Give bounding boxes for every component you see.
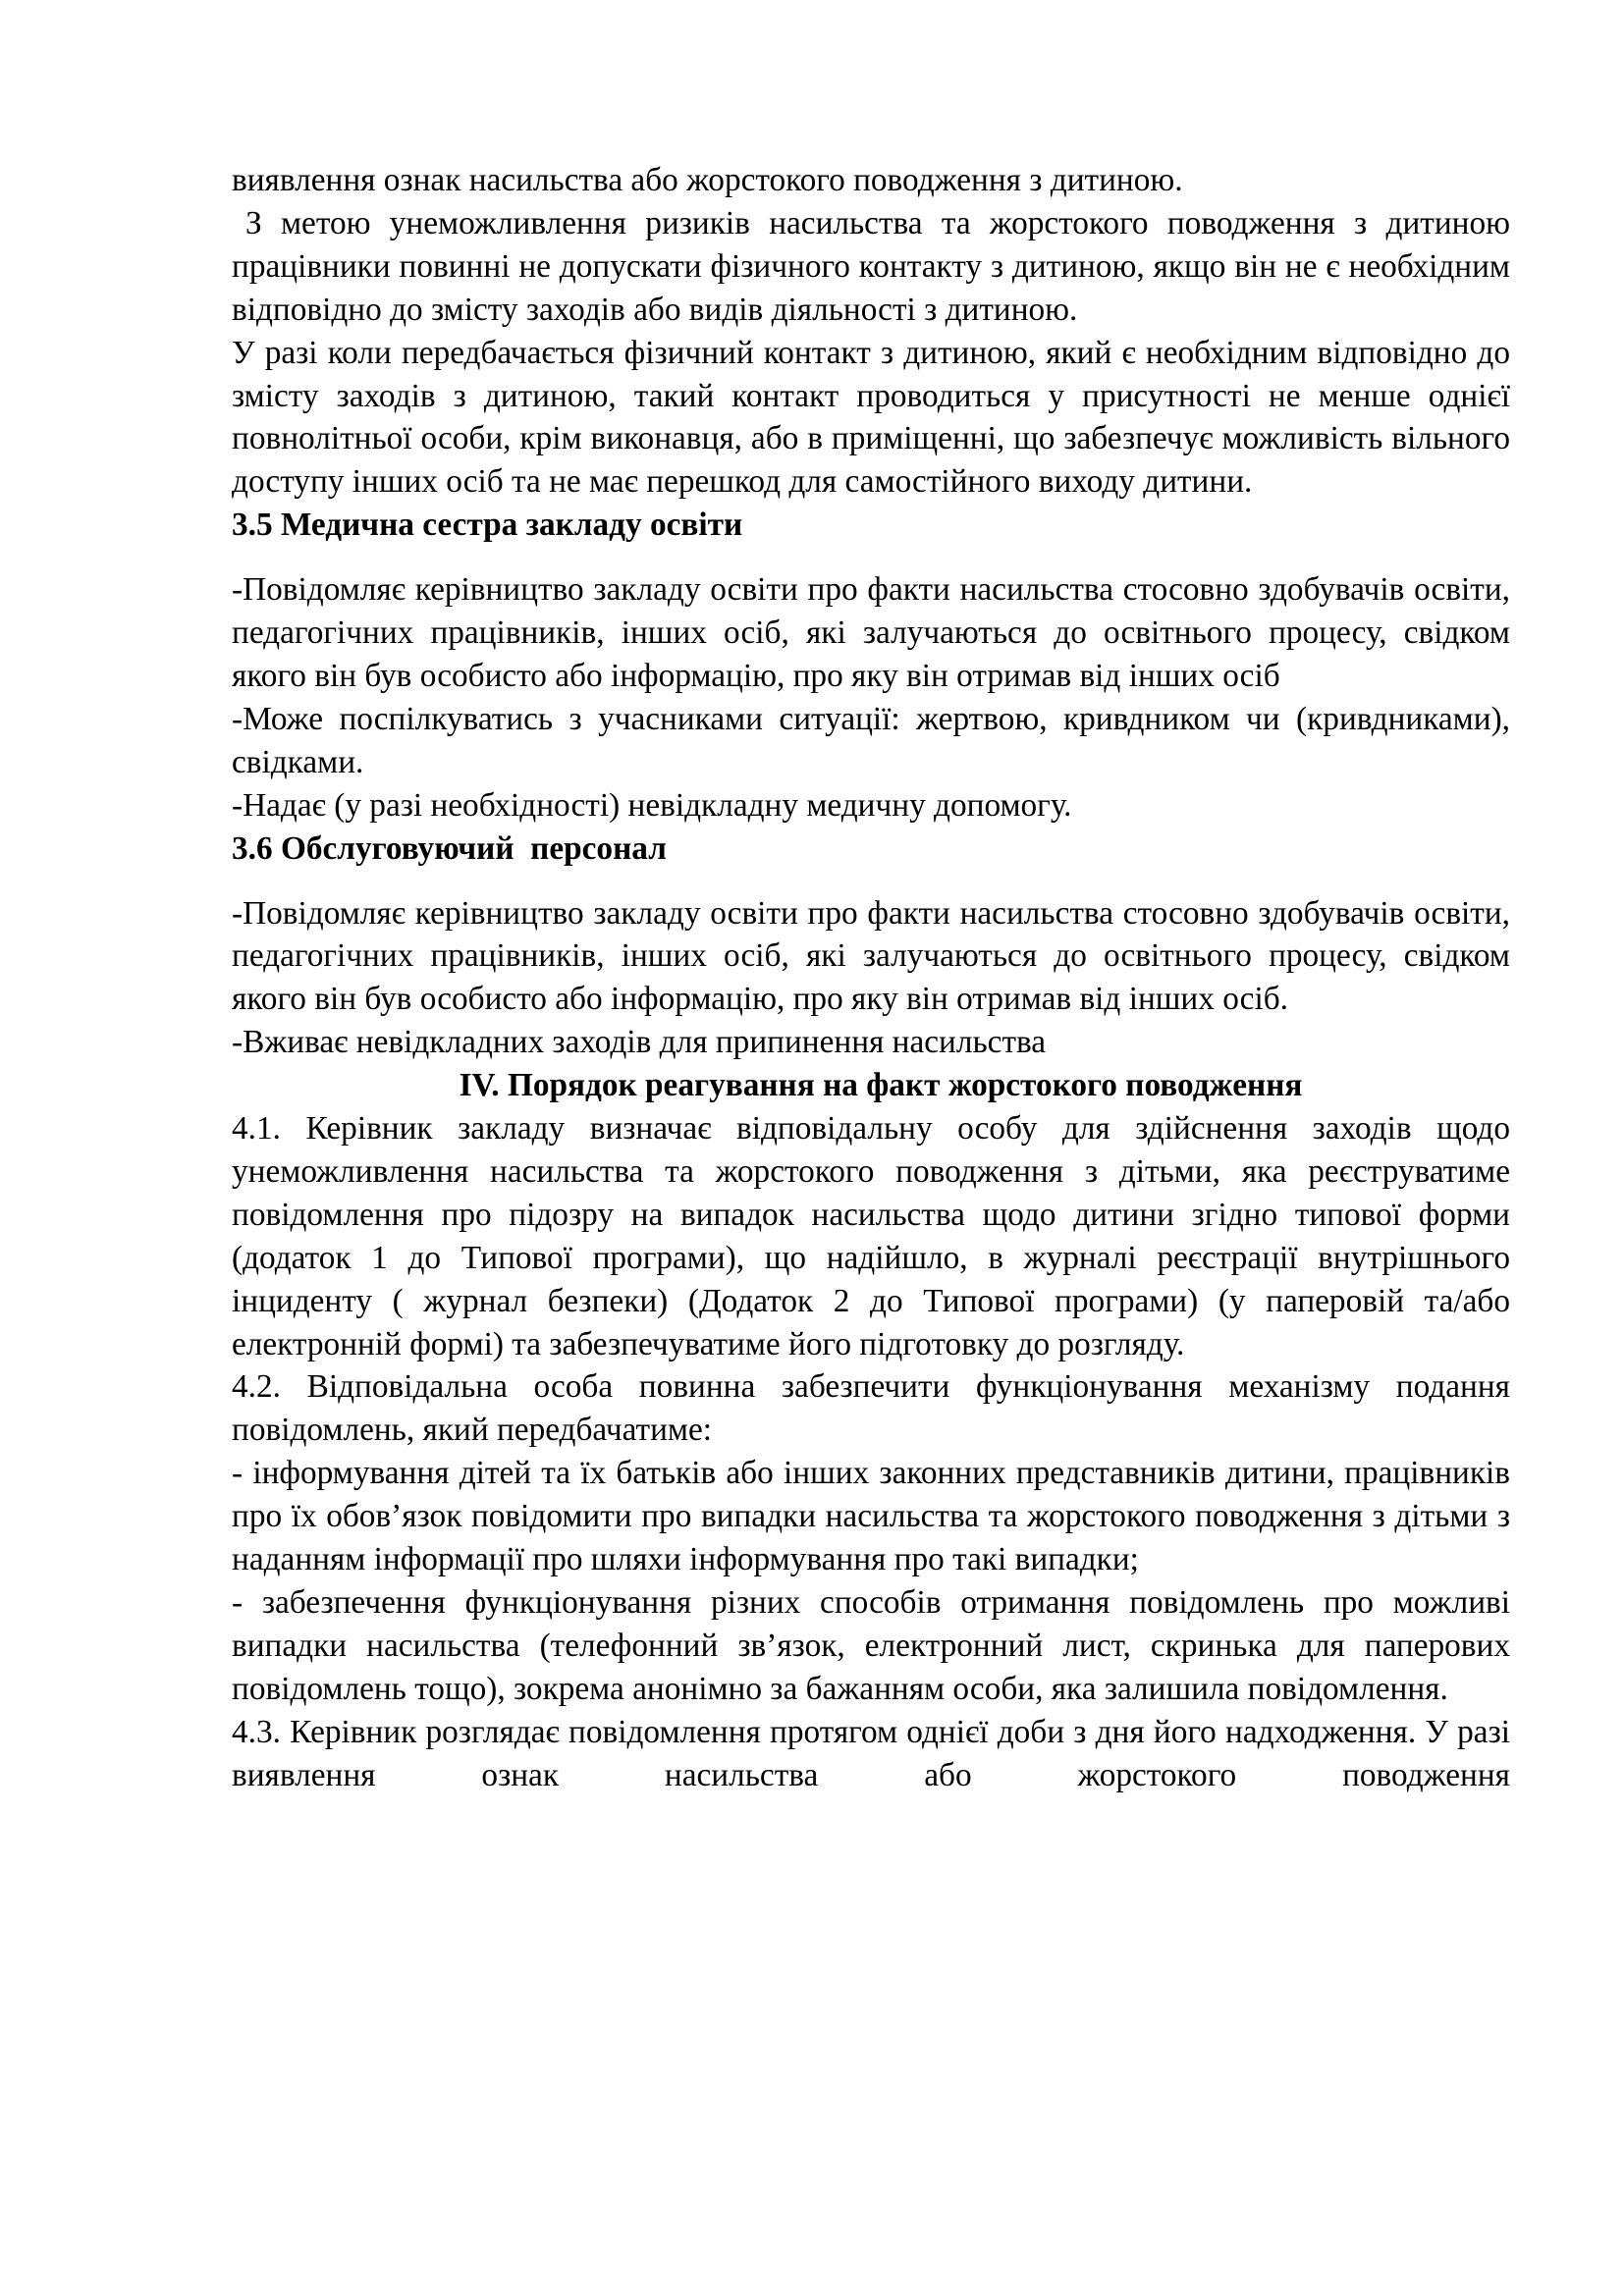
paragraph-4-2-item-channels: - забезпечення функціонування різних спо… [232, 1581, 1510, 1711]
heading-3-5: 3.5 Медична сестра закладу освіти [232, 504, 1510, 547]
paragraph-4-3: 4.3. Керівник розглядає повідомлення про… [232, 1711, 1510, 1797]
section-title-iv: IV. Порядок реагування на факт жорстоког… [232, 1064, 1510, 1107]
spacer [232, 871, 1510, 892]
heading-3-6: 3.6 Обслуговуючий персонал [232, 828, 1510, 871]
paragraph-4-2-item-informing: - інформування дітей та їх батьків або і… [232, 1452, 1510, 1581]
paragraph-continuation: виявлення ознак насильства або жорстоког… [232, 159, 1510, 202]
document-page: виявлення ознак насильства або жорстоког… [232, 159, 1510, 1797]
paragraph-physical-contact-conditions: У разі коли передбачається фізичний конт… [232, 332, 1510, 505]
paragraph-nurse-communicate: -Може поспілкуватись з учасниками ситуац… [232, 698, 1510, 784]
paragraph-physical-contact-prevention: З метою унеможливлення ризиків насильств… [232, 202, 1510, 332]
paragraph-staff-action: -Вживає невідкладних заходів для припине… [232, 1021, 1510, 1064]
paragraph-4-2: 4.2. Відповідальна особа повинна забезпе… [232, 1365, 1510, 1452]
paragraph-staff-report: -Повідомляє керівництво закладу освіти п… [232, 892, 1510, 1022]
paragraph-4-1: 4.1. Керівник закладу визначає відповіда… [232, 1107, 1510, 1365]
spacer [232, 547, 1510, 568]
paragraph-nurse-aid: -Надає (у разі необхідності) невідкладну… [232, 784, 1510, 828]
paragraph-nurse-report: -Повідомляє керівництво закладу освіти п… [232, 568, 1510, 698]
